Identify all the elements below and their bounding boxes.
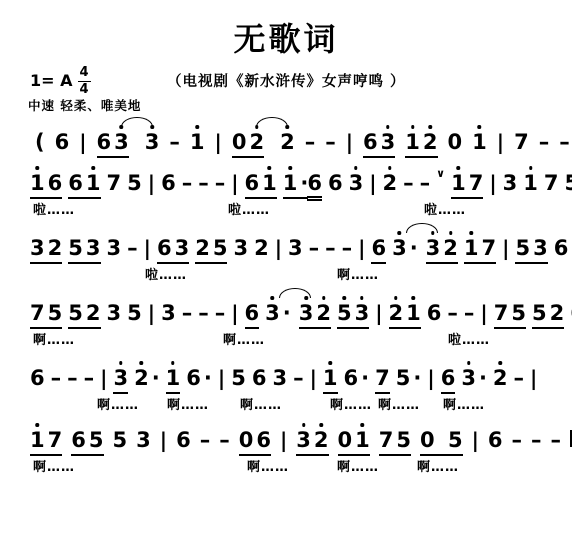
note-token: ( <box>35 131 45 154</box>
note-token: 17 <box>30 429 62 456</box>
note-token: – <box>198 172 209 195</box>
note-row: 6–––|32·16·|563–|16·75·|63·2–| <box>0 367 572 394</box>
score-area: (6|633–1|022––|631201|7–––)|166175|6–––|… <box>0 0 572 533</box>
notation-line: 166175|6–––|611·663|2––∨17|3175|啦……啦……啦…… <box>0 172 572 230</box>
note-token: 53 <box>337 302 369 329</box>
note-token: 6 <box>488 429 503 452</box>
lyric-syllable: 啊…… <box>33 456 75 475</box>
note-token: 63 <box>97 131 129 158</box>
note-token: 6 <box>245 302 260 329</box>
note-token: 53 <box>68 237 100 264</box>
note-token: 0 <box>448 131 463 154</box>
note-token: 7 <box>514 131 529 154</box>
note-token: 7 <box>544 172 559 195</box>
lyric-syllable: 啦…… <box>448 329 490 348</box>
note-token: – <box>67 367 78 390</box>
note-token: 01 <box>338 429 370 456</box>
lyric-syllable: 啊…… <box>378 394 420 413</box>
note-token: 3· <box>265 302 291 325</box>
barline: | <box>280 429 287 451</box>
note-token: – <box>51 367 62 390</box>
lyric-syllable: 啊…… <box>223 329 265 348</box>
lyric-syllable: 啦…… <box>33 199 75 218</box>
barline: | <box>79 131 86 153</box>
note-row: 755235|3–––|63·3253|216––|755265| <box>0 302 572 329</box>
note-token: – <box>531 429 542 452</box>
note-token: 6 <box>427 302 442 325</box>
note-token: 3 <box>107 237 122 260</box>
note-token: 6 <box>161 172 176 195</box>
note-token: – <box>447 302 458 325</box>
note-token: 6 <box>176 429 191 452</box>
note-token: 75 <box>494 302 526 329</box>
note-token: 32 <box>296 429 328 456</box>
note-token: 32 <box>299 302 331 329</box>
note-token: 63 <box>157 237 189 264</box>
slur-arc <box>121 117 153 127</box>
note-token: – <box>84 367 95 390</box>
notation-line: 6–––|32·16·|563–|16·75·|63·2–|啊……啊……啊……啊… <box>0 367 572 425</box>
barline: | <box>369 172 376 194</box>
note-token: 5 <box>127 302 142 325</box>
note-token: – <box>198 302 209 325</box>
barline: | <box>502 237 509 259</box>
note-token: – <box>182 172 193 195</box>
note-token: 75 <box>379 429 411 456</box>
barline: | <box>148 302 155 324</box>
note-token: – <box>169 131 180 154</box>
note-token: 6 <box>30 367 45 390</box>
note-token: 3 <box>113 367 128 394</box>
note-token: 16 <box>30 172 62 199</box>
barline: | <box>310 367 317 389</box>
barline: | <box>144 237 151 259</box>
lyric-syllable: 啦…… <box>424 199 466 218</box>
note-token: 61 <box>245 172 277 199</box>
note-token: 25 <box>195 237 227 264</box>
barline: | <box>231 172 238 194</box>
note-token: 2 <box>280 131 295 154</box>
note-token: – <box>215 172 226 195</box>
note-token: – <box>464 302 475 325</box>
note-token: 3 <box>349 172 364 195</box>
barline: | <box>497 131 504 153</box>
barline: | <box>530 367 537 389</box>
lyric-syllable: 啊…… <box>97 394 139 413</box>
barline: | <box>346 131 353 153</box>
note-token: 63 <box>363 131 395 158</box>
note-token: 3· <box>461 367 487 390</box>
lyric-syllable: 啊…… <box>33 329 75 348</box>
note-token: – <box>309 237 320 260</box>
lyric-syllable: 啊…… <box>240 394 282 413</box>
barline: | <box>215 131 222 153</box>
barline: | <box>160 429 167 451</box>
note-token: 17 <box>464 237 496 264</box>
note-token: – <box>325 237 336 260</box>
note-row: 166175|6–––|611·663|2––∨17|3175| <box>0 172 572 201</box>
note-token: 6 <box>371 237 386 264</box>
note-token: – <box>305 131 316 154</box>
barline: | <box>100 367 107 389</box>
note-token: 7 <box>375 367 390 394</box>
note-token: 5· <box>396 367 422 390</box>
lyric-syllable: 啊…… <box>443 394 485 413</box>
note-token: – <box>200 429 211 452</box>
note-row: 176553|6––06|3201750 5|6––– <box>0 429 572 456</box>
note-token: – <box>127 237 138 260</box>
barline: | <box>275 237 282 259</box>
note-token: – <box>293 367 304 390</box>
note-token: 3 <box>161 302 176 325</box>
notation-line: 32533–|632532|3–––|63·3217|536––|啦……啊…… <box>0 237 572 295</box>
note-token: 2 <box>493 367 508 390</box>
notation-line: 176553|6––06|3201750 5|6–––啊……啊……啊……啊…… <box>0 429 572 487</box>
note-row: 32533–|632532|3–––|63·3217|536––| <box>0 237 572 264</box>
note-token: 32 <box>426 237 458 264</box>
notation-line: 755235|3–––|63·3253|216––|755265|啊……啊……啦… <box>0 302 572 360</box>
note-token: 2 <box>383 172 398 195</box>
note-token: 02 <box>232 131 264 158</box>
note-token: 5 <box>127 172 142 195</box>
note-token: 6 <box>252 367 267 390</box>
note-token: 6 <box>328 172 343 195</box>
note-token: 6 <box>441 367 456 394</box>
note-token: – <box>182 302 193 325</box>
note-token: 3 <box>107 302 122 325</box>
note-token: 32 <box>30 237 62 264</box>
note-token: – <box>215 302 226 325</box>
note-token: – <box>403 172 414 195</box>
barline: | <box>480 302 487 324</box>
note-token: – <box>342 237 353 260</box>
note-token: 52 <box>68 302 100 329</box>
note-token: 6· <box>344 367 370 390</box>
note-token: 3 <box>136 429 151 452</box>
note-token: 53 <box>515 237 547 264</box>
barline: | <box>375 302 382 324</box>
note-token: 3 <box>145 131 160 154</box>
note-token: 75 <box>30 302 62 329</box>
note-token: 2· <box>134 367 160 390</box>
lyric-syllable: 啊…… <box>417 456 459 475</box>
barline: | <box>358 237 365 259</box>
note-token: 3 <box>272 367 287 390</box>
note-token: 3 <box>503 172 518 195</box>
note-token: – <box>539 131 550 154</box>
note-token: 1 <box>166 367 181 394</box>
lyric-syllable: 啦…… <box>228 199 270 218</box>
note-token: 06 <box>239 429 271 456</box>
note-token: – <box>551 429 562 452</box>
note-token: 3 <box>233 237 248 260</box>
note-token: – <box>219 429 230 452</box>
note-token: 17 <box>451 172 483 199</box>
breath-mark-icon: ∨ <box>436 168 445 180</box>
note-token: 3· <box>392 237 418 260</box>
slur-arc <box>256 117 288 127</box>
note-token: 5 <box>565 172 572 195</box>
lyric-syllable: 啊…… <box>247 456 289 475</box>
barline: | <box>472 429 479 451</box>
lyric-syllable: 啊…… <box>167 394 209 413</box>
note-token: 21 <box>389 302 421 329</box>
note-token: 3 <box>288 237 303 260</box>
note-token: – <box>514 367 525 390</box>
note-token: 1 <box>190 131 205 154</box>
note-token: – <box>559 131 570 154</box>
lyric-syllable: 啊…… <box>337 456 379 475</box>
note-token: 6 <box>554 237 569 260</box>
note-token: 6 <box>55 131 70 154</box>
note-token: 0 5 <box>420 429 463 456</box>
note-token: – <box>420 172 431 195</box>
note-token: 1 <box>472 131 487 154</box>
note-token: – <box>512 429 523 452</box>
note-token: 1 <box>323 367 338 394</box>
note-token: 2 <box>254 237 269 260</box>
note-row: (6|633–1|022––|631201|7–––)| <box>0 131 572 158</box>
note-token: 7 <box>107 172 122 195</box>
lyric-syllable: 啦…… <box>145 264 187 283</box>
note-token: 5 <box>231 367 246 390</box>
lyric-syllable: 啊…… <box>337 264 379 283</box>
note-token: 12 <box>405 131 437 158</box>
note-token: 5 <box>113 429 128 452</box>
note-token: 1 <box>523 172 538 195</box>
note-token: 6· <box>186 367 212 390</box>
barline: | <box>218 367 225 389</box>
note-token: 52 <box>532 302 564 329</box>
barline: | <box>148 172 155 194</box>
barline: | <box>489 172 496 194</box>
note-token: 61 <box>68 172 100 199</box>
note-token: 6 <box>307 172 322 201</box>
note-token: 65 <box>71 429 103 456</box>
note-token: 1· <box>283 172 309 199</box>
barline: | <box>231 302 238 324</box>
barline: | <box>427 367 434 389</box>
note-token: – <box>325 131 336 154</box>
lyric-syllable: 啊…… <box>330 394 372 413</box>
score-page: 无歌词 1= A 4 4 （电视剧《新水浒传》女声哼鸣 ） 中速 轻柔、唯美地 … <box>0 0 572 533</box>
